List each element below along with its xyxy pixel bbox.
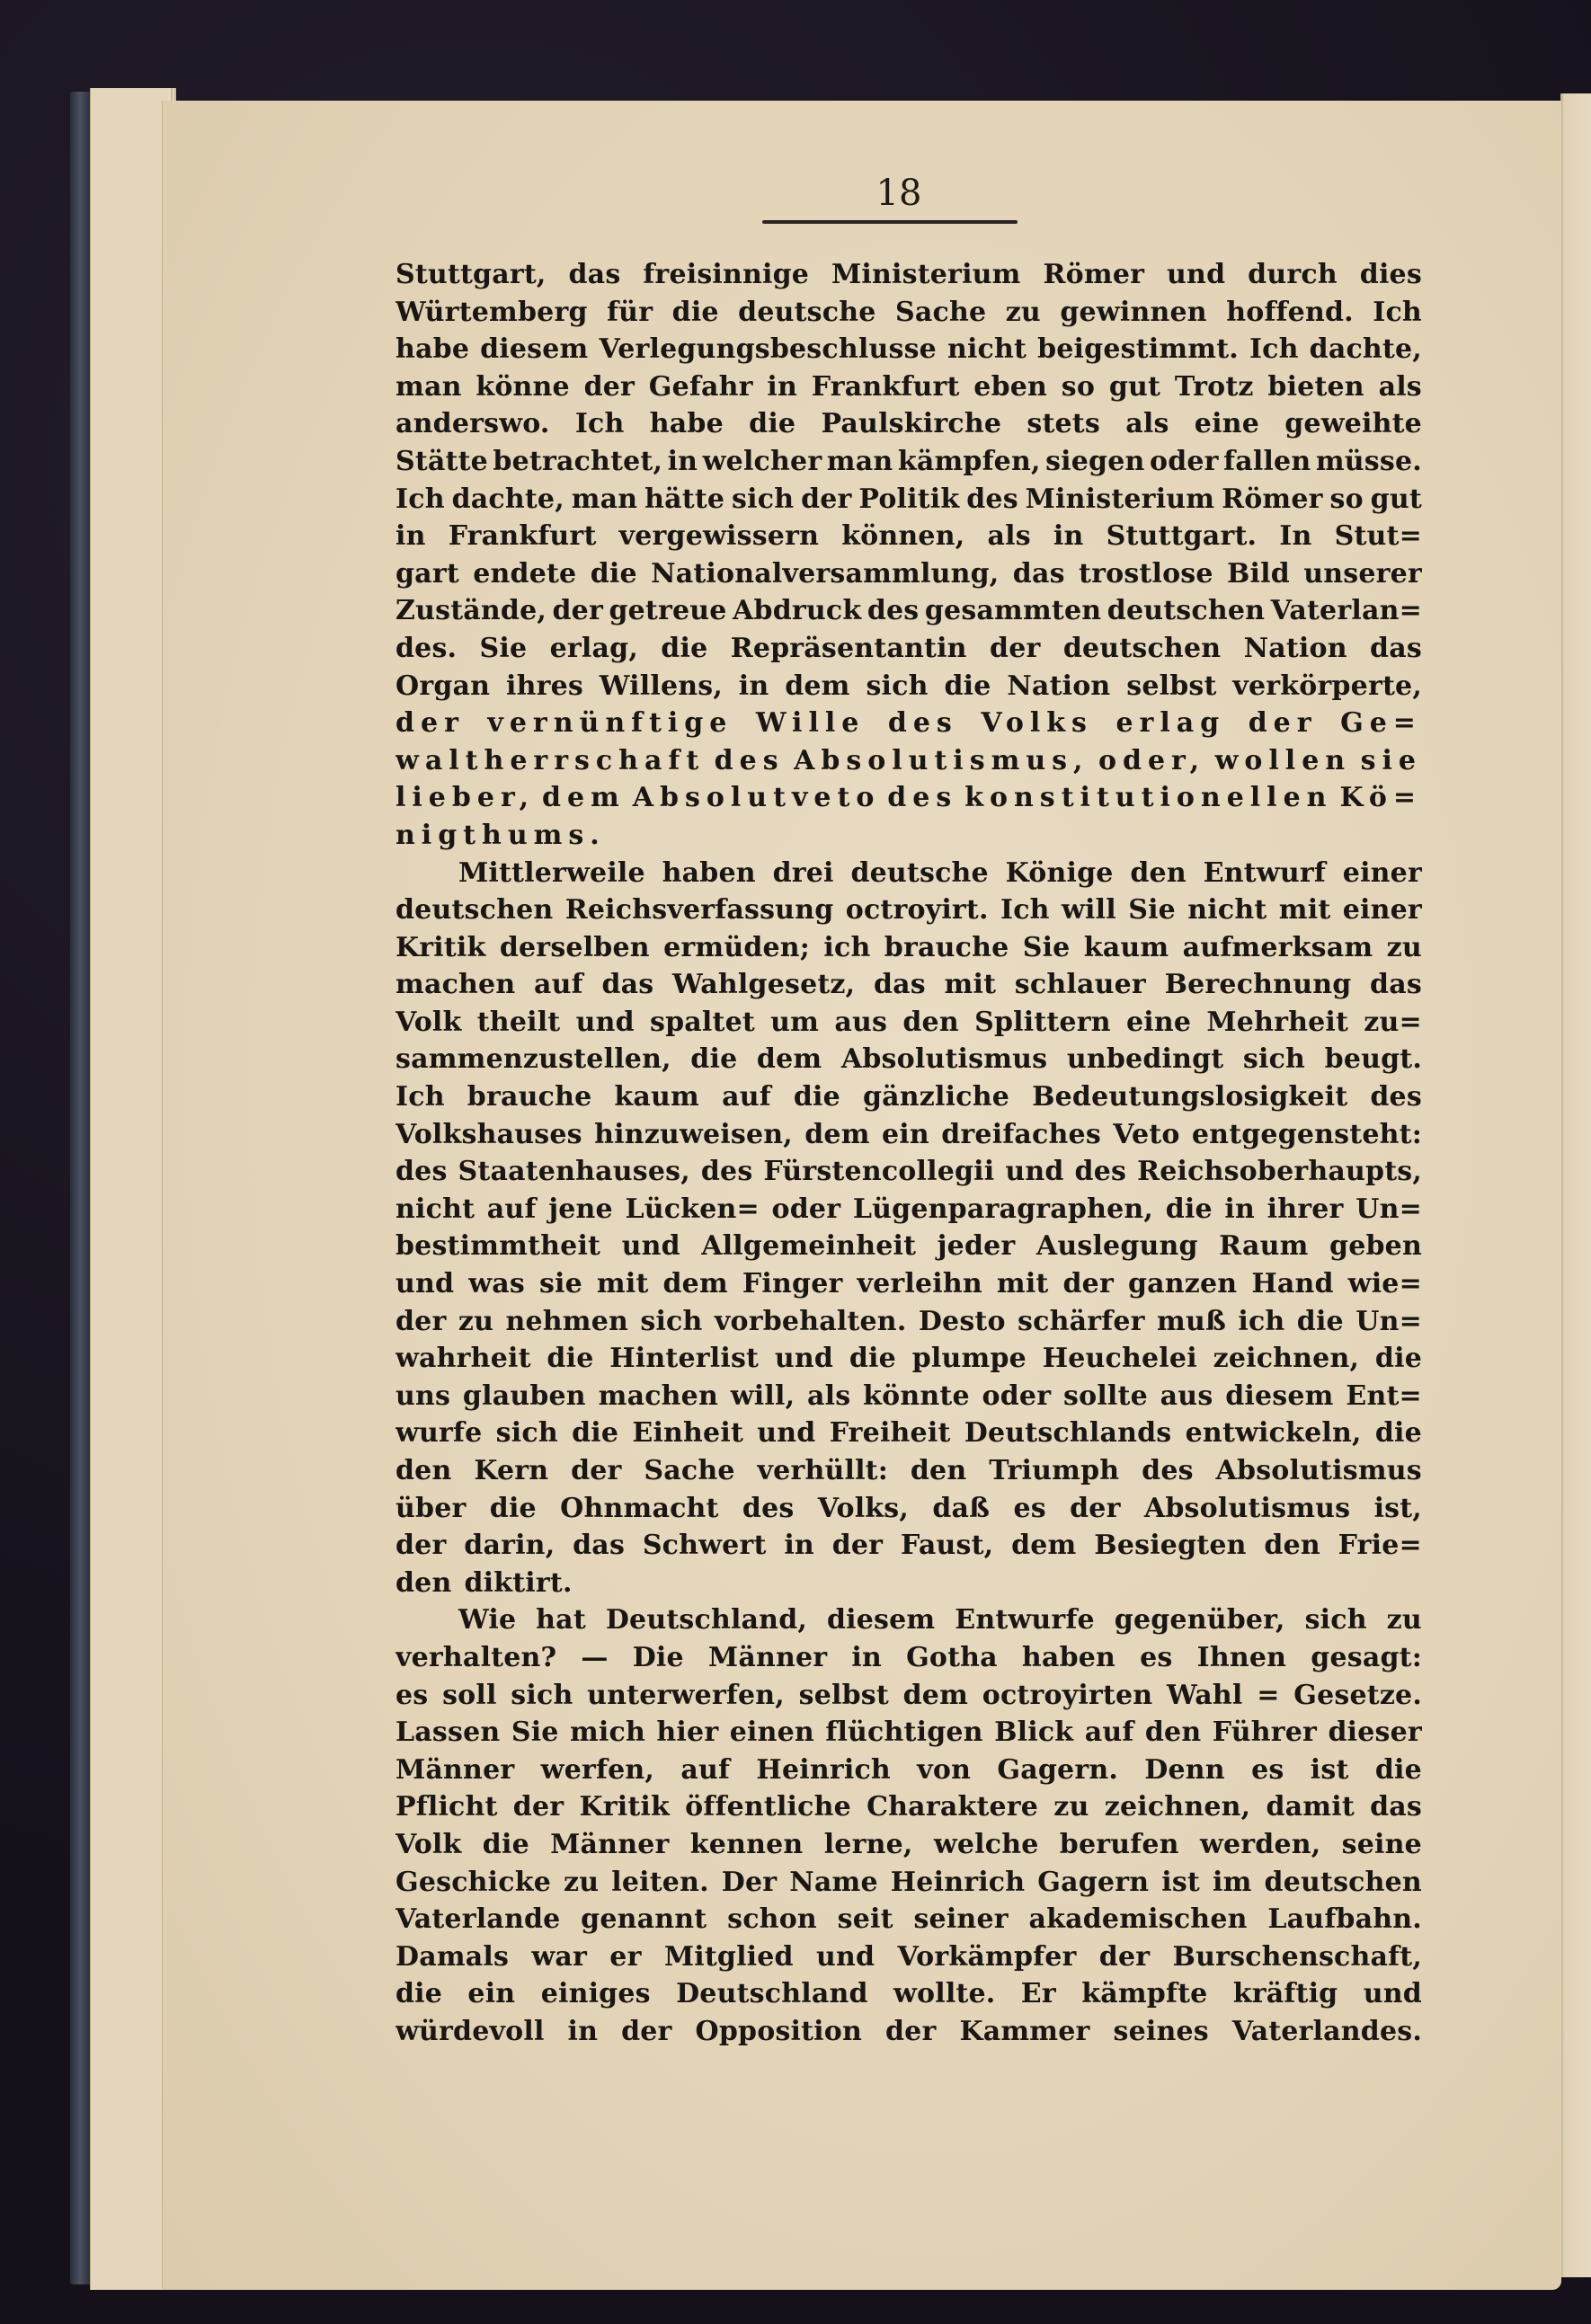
text-line: essollsichunterwerfen,selbstdemoctroyirt… bbox=[396, 1677, 1422, 1715]
text-line: Stuttgart,dasfreisinnigeMinisteriumRömer… bbox=[396, 256, 1422, 294]
text-line: Kritikderselbenermüden;ichbraucheSiekaum… bbox=[396, 929, 1422, 967]
text-line: Stättebetrachtet,inwelchermankämpfen,sie… bbox=[396, 443, 1422, 481]
text-line: wahrheitdieHinterlistunddieplumpeHeuchel… bbox=[396, 1340, 1422, 1378]
text-line: IchbrauchekaumaufdiegänzlicheBedeutungsl… bbox=[396, 1078, 1422, 1116]
text-line: Ichdachte,manhättesichderPolitikdesMinis… bbox=[396, 481, 1422, 519]
text-line: würdevollinderOppositionderKammerseinesV… bbox=[396, 2013, 1422, 2051]
text-line: anderswo.IchhabediePaulskirchestetsalsei… bbox=[396, 405, 1422, 443]
text-line: waltherrschaftdesAbsolutismus,oder,wolle… bbox=[396, 742, 1422, 780]
text-line: VolkdieMännerkennenlerne,welcheberufenwe… bbox=[396, 1826, 1422, 1864]
text-line: lieber,demAbsolutvetodeskonstitutionelle… bbox=[396, 779, 1422, 817]
text-line: habediesemVerlegungsbeschlussenichtbeige… bbox=[396, 331, 1422, 368]
text-line: Volkshauseshinzuweisen,demeindreifachesV… bbox=[396, 1116, 1422, 1154]
book-spine bbox=[70, 92, 90, 2284]
text-line: wurfesichdieEinheitundFreiheitDeutschlan… bbox=[396, 1415, 1422, 1452]
text-line: Männerwerfen,aufHeinrichvonGagern.Dennes… bbox=[396, 1752, 1422, 1789]
text-line: gartendetedieNationalversammlung,dastros… bbox=[396, 555, 1422, 593]
text-line: MittlerweilehabendreideutscheKönigedenEn… bbox=[396, 855, 1422, 892]
text-line: Geschickezuleiten.DerNameHeinrichGagerni… bbox=[396, 1864, 1422, 1902]
body-text: Stuttgart,dasfreisinnigeMinisteriumRömer… bbox=[396, 256, 1422, 2051]
text-line: WürtembergfürdiedeutscheSachezugewinnenh… bbox=[396, 294, 1422, 332]
text-line: des.Sieerlag,dieRepräsentantinderdeutsch… bbox=[396, 630, 1422, 668]
text-line: deutschenReichsverfassungoctroyirt.Ichwi… bbox=[396, 891, 1422, 929]
page-number: 18 bbox=[863, 171, 935, 216]
header-rule bbox=[762, 220, 1018, 224]
text-line: WiehatDeutschland,diesemEntwurfegegenübe… bbox=[396, 1601, 1422, 1639]
text-line: denKernderSacheverhüllt:denTriumphdesAbs… bbox=[396, 1452, 1422, 1490]
text-line: desStaatenhauses,desFürstencollegiiundde… bbox=[396, 1153, 1422, 1191]
text-line: Zustände,dergetreueAbdruckdesgesammtende… bbox=[396, 592, 1422, 630]
text-line: mankönnederGefahrinFrankfurtebensogutTro… bbox=[396, 368, 1422, 406]
text-line: überdieOhnmachtdesVolks,daßesderAbsoluti… bbox=[396, 1490, 1422, 1528]
text-line: VolktheiltundspaltetumausdenSplitternein… bbox=[396, 1004, 1422, 1042]
text-line: derdarin,dasSchwertinderFaust,demBesiegt… bbox=[396, 1527, 1422, 1565]
text-line: OrganihresWillens,indemsichdieNationselb… bbox=[396, 668, 1422, 705]
text-line: LassenSiemichhiereinenflüchtigenBlickauf… bbox=[396, 1714, 1422, 1752]
text-line: dervernünftigeWilledesVolkserlagderGe= bbox=[396, 705, 1422, 742]
text-line: derzunehmensichvorbehalten.Destoschärfer… bbox=[396, 1303, 1422, 1341]
text-line: inFrankfurtvergewissernkönnen,alsinStutt… bbox=[396, 518, 1422, 555]
text-line: Vaterlandegenanntschonseitseinerakademis… bbox=[396, 1901, 1422, 1938]
text-line: machenaufdasWahlgesetz,dasmitschlauerBer… bbox=[396, 966, 1422, 1004]
text-line: PflichtderKritiköffentlicheCharakterezuz… bbox=[396, 1788, 1422, 1826]
text-line: bestimmtheitundAllgemeinheitjederAuslegu… bbox=[396, 1228, 1422, 1265]
text-line: dendiktirt. bbox=[396, 1565, 1422, 1602]
text-line: sammenzustellen,diedemAbsolutismusunbedi… bbox=[396, 1041, 1422, 1078]
text-line: nichtaufjeneLücken=oderLügenparagraphen,… bbox=[396, 1191, 1422, 1229]
text-line: nigthums. bbox=[396, 817, 1422, 855]
text-line: DamalswarerMitgliedundVorkämpferderBursc… bbox=[396, 1938, 1422, 1976]
text-line: undwassiemitdemFingerverleihnmitderganze… bbox=[396, 1265, 1422, 1303]
text-line: verhalten?—DieMännerinGothahabenesIhneng… bbox=[396, 1639, 1422, 1677]
text-line: unsglaubenmachenwill,alskönnteodersollte… bbox=[396, 1378, 1422, 1415]
next-page-edge bbox=[1560, 93, 1591, 2277]
text-line: dieeineinigesDeutschlandwollte.Erkämpfte… bbox=[396, 1975, 1422, 2013]
